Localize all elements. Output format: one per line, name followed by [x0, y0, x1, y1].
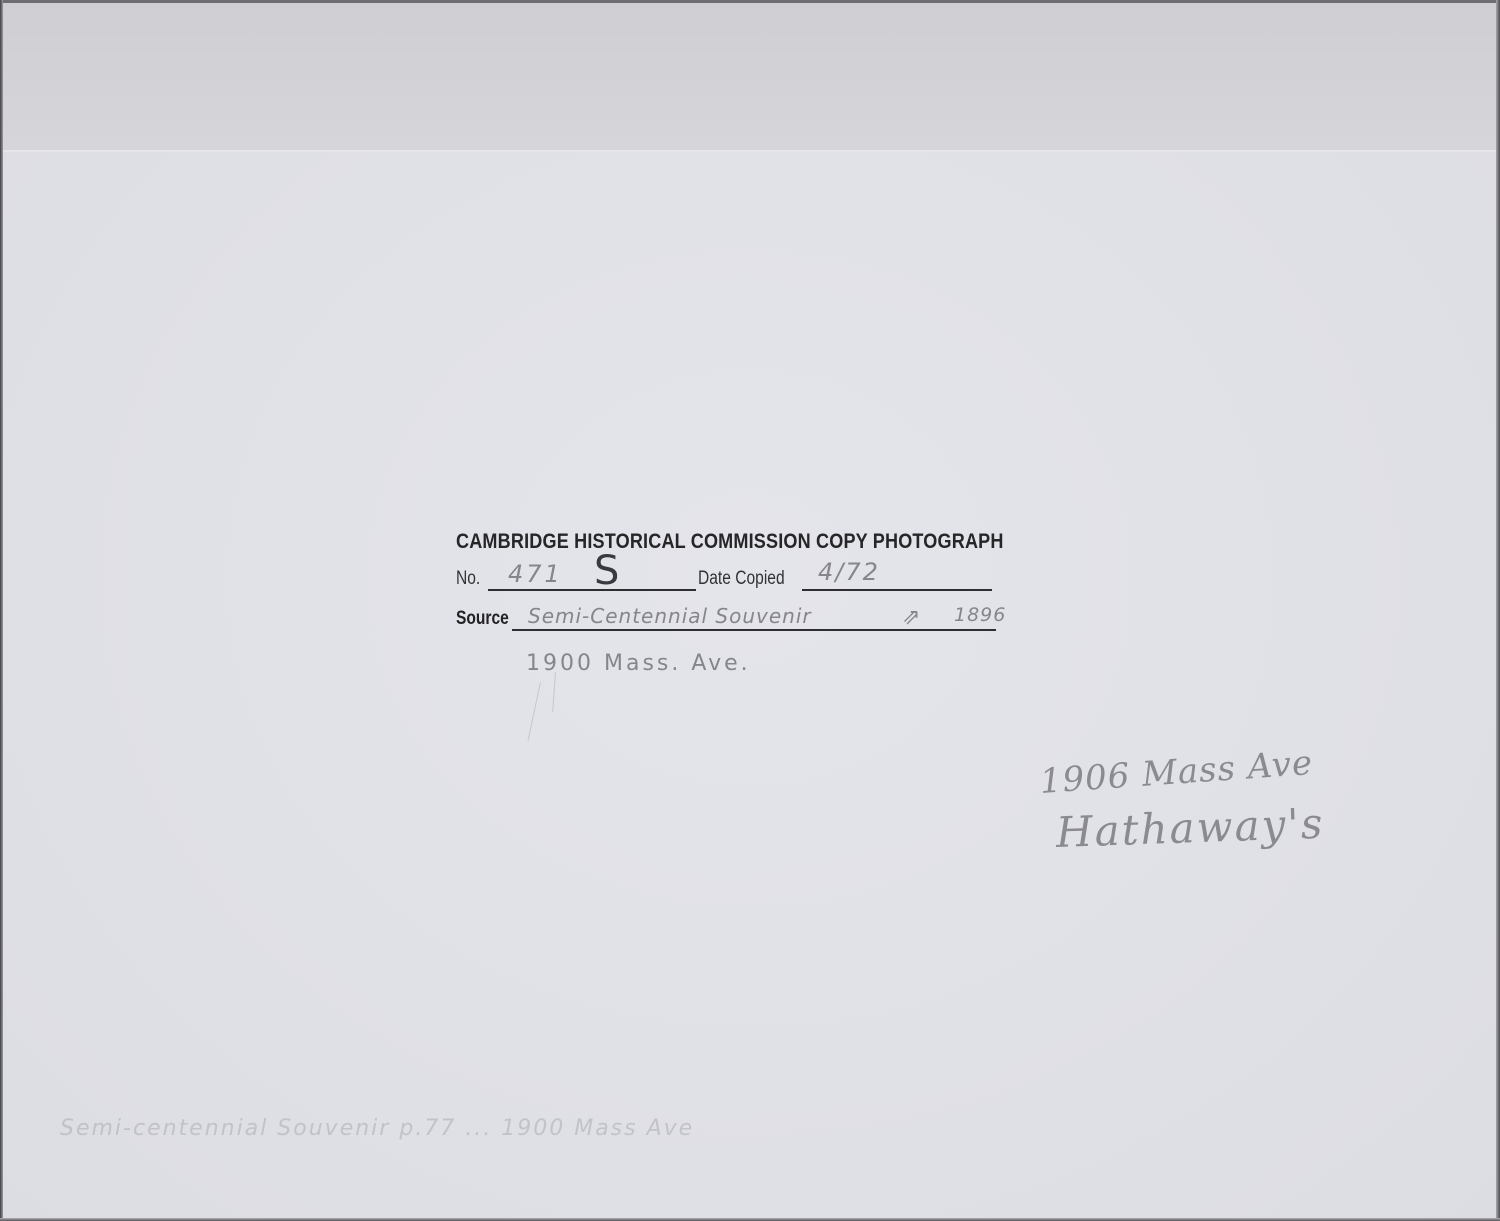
date-label: Date Copied	[698, 568, 785, 590]
number-value: 471	[508, 560, 563, 588]
date-underline	[802, 589, 992, 591]
handwritten-side-note: 1906 Mass Ave Hathaway's	[1040, 762, 1324, 857]
stamp-row-number-date: No. 471 S Date Copied 4/72	[456, 558, 1001, 594]
scan-edge-right	[1496, 0, 1500, 1221]
source-underline	[512, 629, 996, 631]
side-note-name: Hathaway's	[1055, 799, 1325, 857]
commission-stamp: CAMBRIDGE HISTORICAL COMMISSION COPY PHO…	[456, 530, 1001, 678]
source-year: 1896	[954, 604, 1006, 626]
source-value: Semi-Centennial Souvenir	[528, 604, 812, 628]
date-value: 4/72	[818, 558, 880, 586]
number-label: No.	[456, 568, 480, 590]
scanned-photo-back: CAMBRIDGE HISTORICAL COMMISSION COPY PHO…	[0, 0, 1500, 1221]
paper-surface	[3, 152, 1496, 1218]
source-label: Source	[456, 608, 509, 630]
scan-top-band	[0, 0, 1500, 152]
stamp-row-address: 1900 Mass. Ave.	[456, 638, 1001, 678]
stamp-title: CAMBRIDGE HISTORICAL COMMISSION COPY PHO…	[456, 530, 925, 554]
number-suffix: S	[594, 548, 619, 594]
number-underline	[488, 589, 696, 591]
address-note: 1900 Mass. Ave.	[526, 651, 751, 676]
show-through-text: Semi-centennial Souvenir p.77 ... 1900 M…	[60, 1116, 694, 1141]
scan-edge-left	[0, 0, 3, 1221]
paper-scratch	[528, 682, 541, 741]
stamp-row-source: Source Semi-Centennial Souvenir ⇗ 1896	[456, 598, 1001, 634]
arrow-mark-icon: ⇗	[902, 605, 920, 630]
